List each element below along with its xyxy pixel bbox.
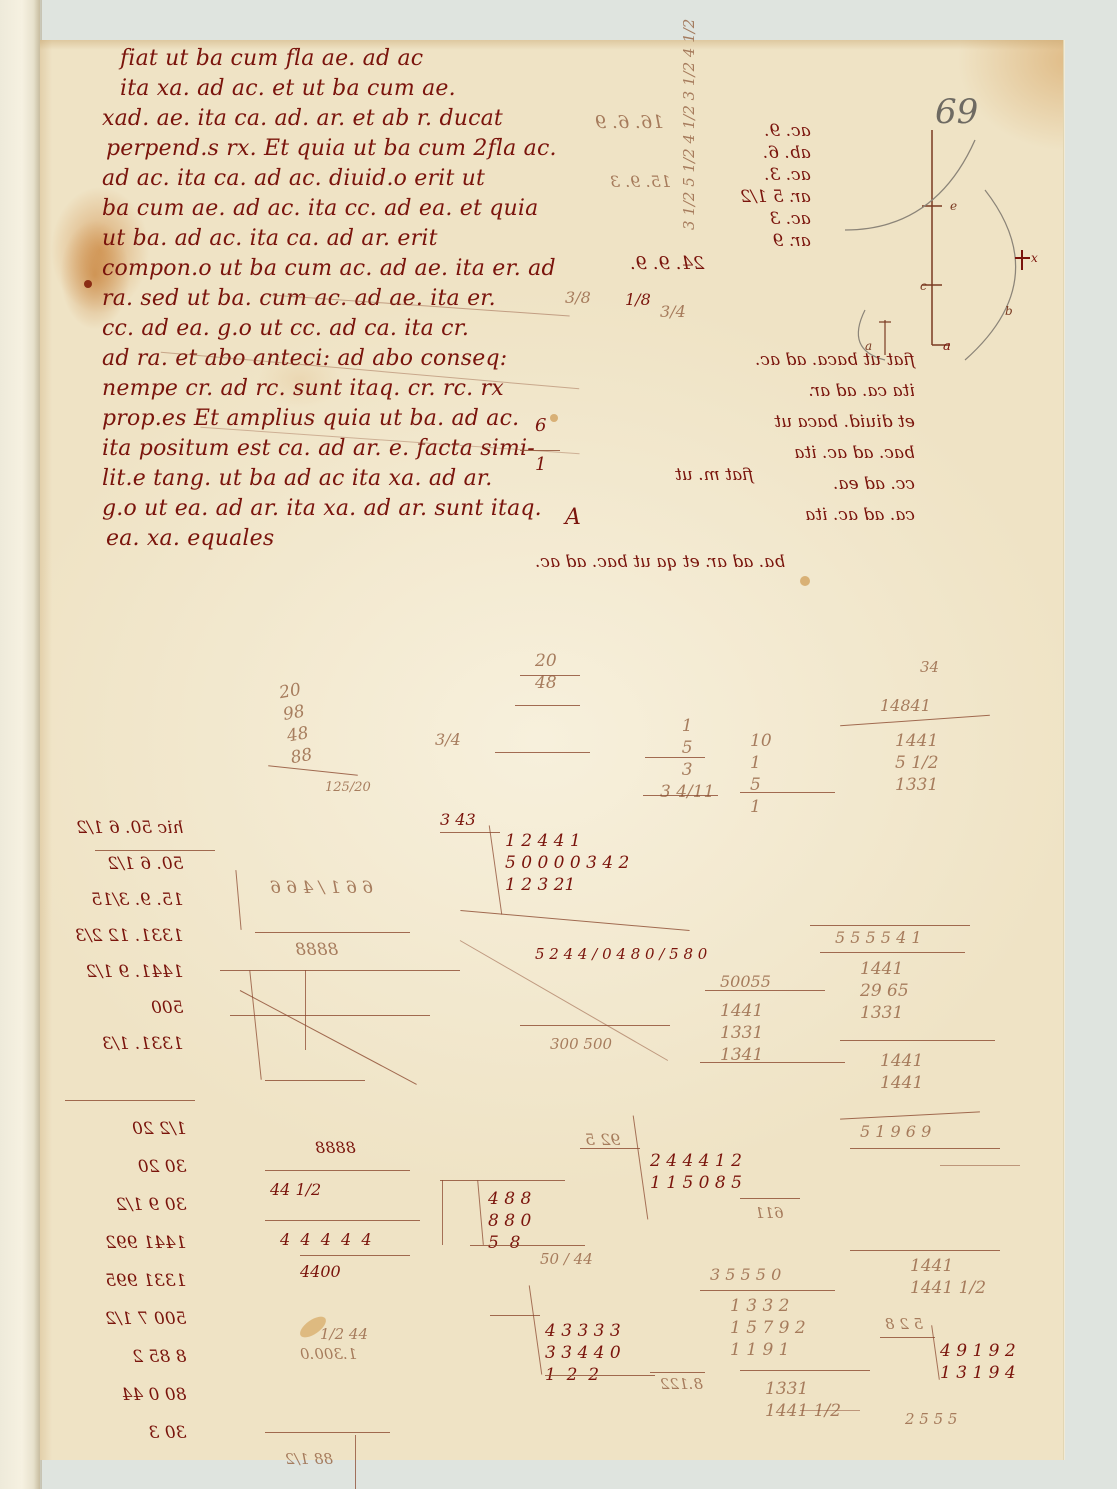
mirrored-text: 24. 9. 9. xyxy=(630,253,704,274)
calc-rule xyxy=(520,675,580,676)
calc-line: 1 xyxy=(750,796,772,818)
calc-rule xyxy=(740,1370,870,1371)
calc-line: 3 4/11 xyxy=(660,781,714,803)
note-line: ab. 6. xyxy=(740,142,811,164)
calc-block: 1441 1441 xyxy=(880,1050,923,1094)
calc-rule xyxy=(740,792,835,793)
calc-value: 5 1 9 6 9 xyxy=(860,1122,931,1141)
mirrored-text: 16. 6. 9 xyxy=(595,112,664,133)
calc-rule xyxy=(515,705,580,706)
margin-letter: A xyxy=(565,505,581,530)
calc-line: 1331 995 xyxy=(65,1262,186,1300)
ink-spot xyxy=(550,414,558,422)
calc-rule xyxy=(265,1220,420,1221)
calc-line: 20 xyxy=(535,650,557,672)
fraction: 3/4 xyxy=(435,730,461,749)
calc-line: 1331 xyxy=(895,774,939,796)
mirrored-text: fiat m. ut xyxy=(675,465,753,485)
diagram-label: x xyxy=(1031,251,1038,265)
calc-line: 1441 xyxy=(880,1050,923,1072)
mirror-line-long: ba. ad ar. et qa ut bac. ad ac. xyxy=(535,552,785,572)
calc-rule xyxy=(850,1250,1000,1251)
calc-line: 1441 xyxy=(720,1000,763,1022)
grid-row: 5 0 0 0 0 3 4 2 xyxy=(505,852,629,874)
calc-value: 92 5 xyxy=(585,1130,621,1149)
grid-row: 1 2 3 21 xyxy=(505,874,629,896)
text-line: ut ba. ad ac. ita ca. ad ar. erit xyxy=(102,226,438,251)
calc-line: hic 50. 6 1/2 xyxy=(75,810,183,846)
note-line: ar. 5 1/2 xyxy=(740,186,811,208)
grid-line xyxy=(265,1080,365,1081)
calc-rule xyxy=(265,1170,410,1171)
calc-value: 3 43 xyxy=(440,810,476,829)
calc-value: 4 4 4 4 4 xyxy=(280,1230,372,1249)
note-line: ac. 3 xyxy=(740,208,811,230)
calc-value: 5 5 5 5 4 1 xyxy=(835,928,922,947)
number-row: 15. 9. 3 xyxy=(610,172,671,191)
grid-line xyxy=(305,970,306,1050)
calc-line: 80 0 44 xyxy=(105,1376,186,1414)
calc-rule xyxy=(268,765,358,775)
grid-line xyxy=(249,970,261,1080)
text-line: fiat ut ba cum fla ae. ad ac xyxy=(120,46,423,71)
calc-block: 20 98 48 88 xyxy=(278,679,315,769)
calc-rule xyxy=(880,1337,935,1338)
text-line: ra. sed ut ba. cum ac. ad ae. ita er. xyxy=(102,286,496,311)
grid-line xyxy=(235,870,241,930)
calc-rule xyxy=(580,1148,640,1149)
calc-value: 6 6 1 / 4 6 6 xyxy=(270,878,373,898)
diagram-label: b xyxy=(1005,304,1013,318)
calc-value: 300 500 xyxy=(550,1035,612,1053)
fraction-bar xyxy=(520,450,560,451)
calc-rule xyxy=(740,1198,800,1199)
calc-line: 30 3 xyxy=(105,1414,186,1452)
calc-rule xyxy=(645,757,705,758)
diagram-label: c xyxy=(920,279,927,293)
mirrored-text: 88 1/2 xyxy=(285,1450,333,1468)
calc-rule xyxy=(643,795,718,796)
calc-line: 1/2 20 xyxy=(65,1110,186,1148)
calc-rule xyxy=(940,1165,1020,1166)
calc-line: 1 3 1 9 4 xyxy=(940,1362,1016,1384)
grid-line xyxy=(489,825,503,914)
calc-line: 1441 xyxy=(895,730,939,752)
manuscript-leaf: fiat ut ba cum fla ae. ad ac ita xa. ad … xyxy=(40,40,1064,1460)
grid-line xyxy=(440,1180,565,1181)
calc-block: 1 3 3 2 1 5 7 9 2 1 1 9 1 xyxy=(730,1295,806,1361)
calc-line: 1441 1/2 xyxy=(765,1400,841,1422)
leaf-left-edge xyxy=(40,40,52,1460)
text-line: ita positum est ca. ad ar. e. facta simi… xyxy=(102,436,535,461)
calc-rule xyxy=(850,1148,1000,1149)
calc-value: 50055 xyxy=(720,972,771,991)
text-line: xad. ae. ita ca. ad. ar. et ab r. ducat xyxy=(102,106,503,131)
calc-rule xyxy=(840,1040,995,1041)
calc-line: 5 xyxy=(660,737,714,759)
grid-row: 1 2 4 4 1 xyxy=(505,830,629,852)
mirrored-text: 8888 xyxy=(315,1138,356,1157)
calc-line: 1 5 7 9 2 xyxy=(730,1317,806,1339)
calc-line: 1441. 9 1/2 xyxy=(75,954,183,990)
calc-line: 500 xyxy=(135,990,183,1026)
lattice-block: 4 3 3 3 3 3 3 4 4 0 1 2 2 xyxy=(545,1320,621,1386)
fraction: 3/8 xyxy=(565,288,591,307)
mirror-inline: fiat m. ut xyxy=(675,465,753,485)
calc-rule xyxy=(700,1290,835,1291)
ink-spot xyxy=(84,280,92,288)
calc-rule xyxy=(705,990,825,991)
note-line: ac. 9. xyxy=(740,120,811,142)
grid-line xyxy=(355,1435,356,1489)
calc-value: 3 5 5 5 0 xyxy=(710,1265,781,1284)
calc-value: 14841 xyxy=(880,696,931,715)
mirrored-text: 92 5 xyxy=(585,1130,621,1149)
calc-rule xyxy=(820,952,965,953)
text-line: lit.e tang. ut ba ad ac ita xa. ad ar. xyxy=(102,466,492,491)
mirrored-text: ba. ad ar. et qa ut bac. ad ac. xyxy=(535,552,785,572)
text-line: ad ra. et abo anteci: ad abo conseq: xyxy=(102,346,507,371)
text-line: compon.o ut ba cum ac. ad ae. ita er. ad xyxy=(102,256,556,281)
calc-rule xyxy=(95,850,215,851)
number-row: 16. 6. 9 xyxy=(595,112,664,133)
mirror-line: bac. ad ac. ita xyxy=(755,438,915,469)
calc-rule xyxy=(840,715,990,726)
calc-line: 5 1/2 xyxy=(895,752,939,774)
fraction-numerator: 6 xyxy=(535,415,546,436)
calc-line: 15. 9. 3/15 xyxy=(75,882,183,918)
mirror-text-block: fiat ut baca. ad ac. ita ca. ad ar. et d… xyxy=(755,345,915,531)
grid-line xyxy=(470,1245,585,1246)
note-line: ac. 3. xyxy=(740,164,811,186)
calc-block: 4 9 1 9 2 1 3 1 9 4 xyxy=(940,1340,1016,1384)
calc-rule xyxy=(300,1255,410,1256)
grid-line xyxy=(440,832,500,833)
calc-value: 1/2 44 xyxy=(320,1325,368,1343)
note-line: ar. 9 xyxy=(740,230,811,252)
calc-line: 1331. 1/3 xyxy=(75,1026,183,1062)
text-line: g.o ut ea. ad ar. ita xa. ad ar. sunt it… xyxy=(102,496,542,521)
calc-line: 3 xyxy=(660,759,714,781)
calc-block: 1441 29 65 1331 xyxy=(860,958,909,1024)
calc-line: 50. 6 1/2 xyxy=(75,846,183,882)
grid-line xyxy=(230,1015,430,1016)
mirror-line: ca. ad ac. ita xyxy=(745,500,915,531)
calc-line: 1331 xyxy=(765,1378,841,1400)
grid-line xyxy=(490,1315,540,1316)
vertical-notes-a: ac. 9. ab. 6. ac. 3. ar. 5 1/2 ac. 3 ar.… xyxy=(740,120,811,252)
calc-result: 125/20 xyxy=(325,780,371,795)
calc-value: 8888 xyxy=(315,1138,356,1157)
calc-rule xyxy=(840,1111,980,1119)
text-line: ita xa. ad ac. et ut ba cum ae. xyxy=(120,76,456,101)
grid-line xyxy=(442,1180,443,1245)
text-line: ba cum ae. ad ac. ita cc. ad ea. et quia xyxy=(102,196,538,221)
calc-block: 20 48 xyxy=(535,650,557,694)
calc-line: 1441 xyxy=(880,1072,923,1094)
grid-line xyxy=(931,1325,940,1380)
calc-value: 611 xyxy=(755,1204,784,1222)
grid-line xyxy=(220,970,460,971)
fraction: 3/4 xyxy=(660,302,686,321)
lower-left-column: 1/2 20 30 20 30 9 1/2 1441 992 1331 995 … xyxy=(65,1110,186,1452)
grid-line xyxy=(529,1285,543,1374)
mirrored-text: 15. 9. 3 xyxy=(610,172,671,191)
center-grid: 1 2 4 4 1 5 0 0 0 0 3 4 2 1 2 3 21 xyxy=(505,830,629,896)
calc-line: 1331. 12 2/3 xyxy=(75,918,183,954)
mirror-line: et diuid. baca ut xyxy=(715,407,915,438)
calc-value: 8888 xyxy=(295,940,338,960)
calc-value: 5 2 8 xyxy=(885,1315,923,1333)
calc-rule xyxy=(650,1372,705,1373)
calc-block: 1441 1331 1341 xyxy=(720,1000,763,1066)
calc-line: 1441 992 xyxy=(65,1224,186,1262)
vertical-notes-b: 3 1/2 5 1/2 4 1/2 3 1/2 4 1/2 xyxy=(680,19,698,230)
calc-value: 8.122 xyxy=(660,1375,703,1393)
calc-block: 1 5 3 3 4/11 xyxy=(660,715,714,803)
calc-line: 1331 xyxy=(860,1002,909,1024)
calc-block: 10 1 5 1 xyxy=(750,730,772,818)
mirrored-text: 1.300.0 xyxy=(300,1345,357,1363)
calc-line: 10 xyxy=(750,730,772,752)
calc-block: 1331 1441 1/2 xyxy=(765,1378,841,1422)
calc-line: 30 20 xyxy=(65,1148,186,1186)
fraction-denominator: 1 xyxy=(535,454,546,475)
number-row: 24. 9. 9. xyxy=(630,253,704,274)
calc-line: 1 1 9 1 xyxy=(730,1339,806,1361)
mirror-line: cc. ad ea. xyxy=(755,469,915,500)
calc-rule xyxy=(700,1062,845,1063)
calc-value: 2 5 5 5 xyxy=(905,1410,957,1428)
calc-line: 1331 xyxy=(720,1022,763,1044)
text-line: prop.es Et amplius quia ut ba. ad ac. xyxy=(102,406,519,431)
calc-value: 1.300.0 xyxy=(300,1345,357,1363)
calc-value: 50 / 44 xyxy=(540,1250,593,1268)
calc-rule xyxy=(495,752,590,753)
calc-line: 4 9 1 9 2 xyxy=(940,1340,1016,1362)
calc-line: 88 xyxy=(289,744,314,769)
calc-block: 1441 5 1/2 1331 xyxy=(895,730,939,796)
grid-line xyxy=(477,1180,484,1245)
text-line: ad ac. ita ca. ad ac. diuid.o erit ut xyxy=(102,166,485,191)
diagram-label: a xyxy=(943,339,951,354)
calc-line: 8 85 2 xyxy=(105,1338,186,1376)
text-line: perpend.s rx. Et quia ut ba cum 2fla ac. xyxy=(106,136,557,161)
calc-line: 1441 xyxy=(860,958,909,980)
calc-value: 44 1/2 xyxy=(270,1180,321,1199)
calc-rule xyxy=(65,1100,195,1101)
calc-line: 30 9 1/2 xyxy=(65,1186,186,1224)
mirror-line: fiat ut baca. ad ac. xyxy=(755,345,915,376)
grid-line xyxy=(545,1375,655,1376)
lattice-block: 2 4 4 4 1 2 1 1 5 0 8 5 xyxy=(650,1150,742,1194)
mirrored-text: 5 2 8 xyxy=(885,1315,923,1333)
calc-line: 29 65 xyxy=(860,980,909,1002)
text-line: ea. xa. equales xyxy=(106,526,274,551)
calc-line: 1441 1/2 xyxy=(910,1277,986,1299)
grid-diagonal xyxy=(240,990,417,1085)
grid-line xyxy=(520,1025,670,1026)
mirror-line: ita ca. ad ar. xyxy=(755,376,915,407)
calc-block: 1441 1441 1/2 xyxy=(910,1255,986,1299)
left-calc-column: hic 50. 6 1/2 50. 6 1/2 15. 9. 3/15 1331… xyxy=(75,810,183,1062)
grid-line xyxy=(633,1115,649,1219)
text-line: nempe cr. ad rc. sunt itaq. cr. rc. rx xyxy=(102,376,504,401)
ink-spot xyxy=(800,576,810,586)
calc-line: 500 7 1/2 xyxy=(105,1300,186,1338)
calc-value: 34 xyxy=(920,658,939,676)
calc-value: 4400 xyxy=(300,1262,341,1281)
calc-value: 5 2 4 4 / 0 4 8 0 / 5 8 0 xyxy=(535,945,707,963)
grid-line xyxy=(460,910,689,931)
grid-line xyxy=(255,932,410,933)
calc-line: 1 xyxy=(660,715,714,737)
text-line: cc. ad ea. g.o ut cc. ad ca. ita cr. xyxy=(102,316,469,341)
calc-rule xyxy=(265,1432,390,1433)
calc-rule xyxy=(800,1410,860,1411)
calc-line: 1 xyxy=(750,752,772,774)
geometric-diagram: a c e a x b xyxy=(825,110,1045,370)
calc-line: 1441 xyxy=(910,1255,986,1277)
calc-rule xyxy=(810,925,970,926)
diagram-label: e xyxy=(950,199,957,213)
fraction: 1/8 xyxy=(625,290,651,309)
calc-value: 88 1/2 xyxy=(285,1450,333,1468)
calc-line: 1 3 3 2 xyxy=(730,1295,806,1317)
